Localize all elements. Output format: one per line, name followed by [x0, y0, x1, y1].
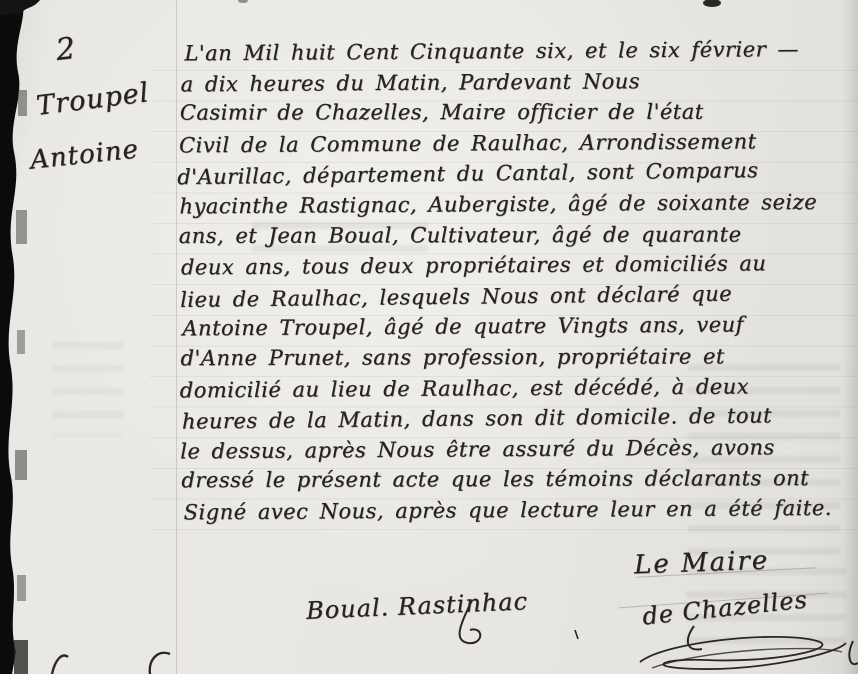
margin-surname: Troupel — [35, 77, 151, 122]
act-text-line: Casimir de Chazelles, Maire officier de … — [180, 97, 857, 129]
act-text-line: le dessus, après Nous être assuré du Déc… — [180, 431, 858, 466]
book-binding — [0, 0, 40, 674]
act-text-line: d'Anne Prunet, sans profession, propriét… — [180, 341, 858, 374]
act-text-line: L'an Mil huit Cent Cinquante six, et le … — [184, 34, 856, 69]
closing-le-maire: Le Maire — [634, 546, 770, 581]
top-edge-smudge — [703, 0, 721, 7]
signature-mayor: de Chazelles — [641, 585, 809, 630]
act-body-text: L'an Mil huit Cent Cinquante six, et le … — [184, 34, 858, 528]
act-text-line: a dix heures du Matin, Pardevant Nous — [181, 64, 857, 99]
act-text-line: Signé avec Nous, après que lecture leur … — [184, 493, 858, 528]
act-text-line: hyacinthe Rastignac, Aubergiste, âgé de … — [179, 187, 857, 222]
act-text-line: ans, et Jean Boual, Cultivateur, âgé de … — [179, 219, 858, 251]
margin-given-name: Antoine — [29, 134, 141, 175]
signature-witnesses: Boual. Rastinhac — [305, 587, 528, 625]
signature-flourish — [640, 626, 846, 669]
margin-rule-line — [176, 0, 177, 674]
ink-bleedthrough — [52, 326, 124, 436]
next-entry-strokes — [52, 630, 858, 674]
margin-entry-number: 2 — [54, 31, 77, 68]
act-text-line: dressé le présent acte que les témoins d… — [181, 463, 858, 496]
top-edge-smudge — [238, 0, 248, 3]
register-page-scan: 2 Troupel Antoine L'an Mil huit Cent Cin… — [0, 0, 858, 674]
